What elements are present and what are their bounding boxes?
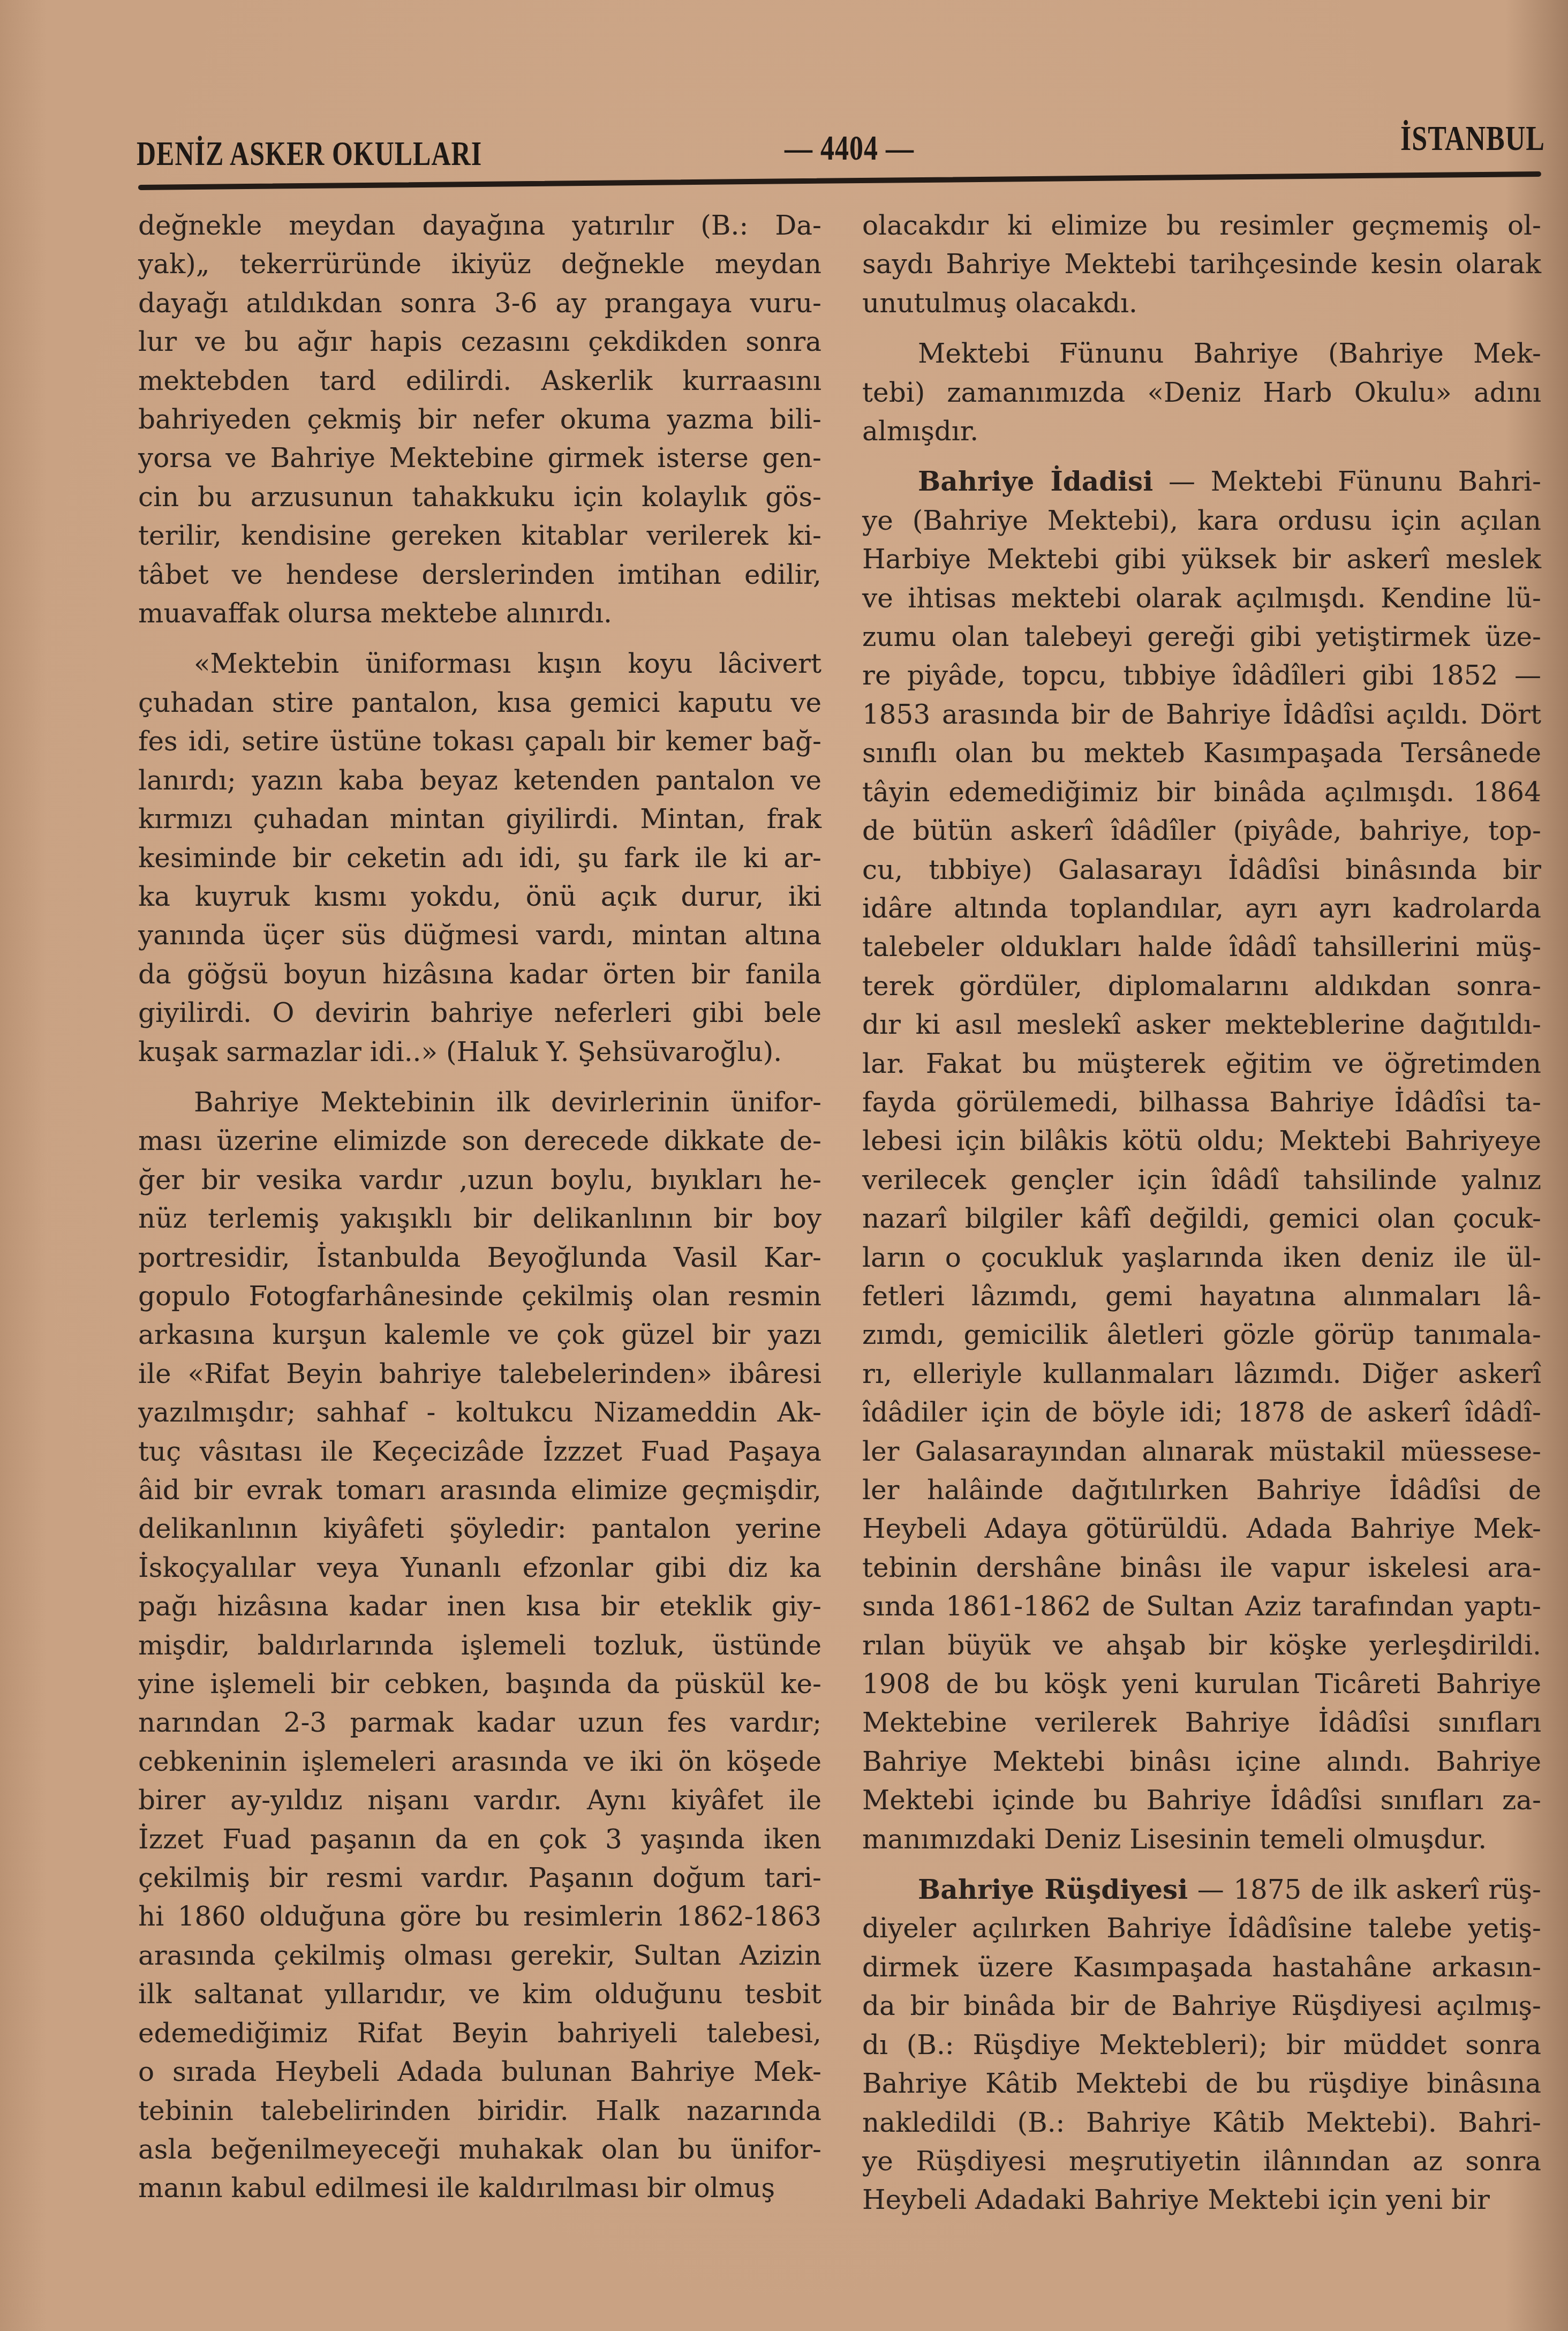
section-title: DENİZ ASKER OKULLARI xyxy=(137,134,482,174)
text-line: Bahriye Mektebi binâsı içine alındı. Bah… xyxy=(862,1742,1541,1781)
text-line: terek gördüler, diplomalarını aldıkdan s… xyxy=(862,967,1541,1005)
line-text: zumu olan talebeyi gereği gibi yetiştirm… xyxy=(862,621,1541,652)
line-text: 1908 de bu köşk yeni kurulan Ticâreti Ba… xyxy=(862,1668,1541,1700)
line-text: mişdir, baldırlarında işlemeli tozluk, ü… xyxy=(138,1630,821,1661)
line-text: idâre altında toplandılar, ayrı ayrı kad… xyxy=(862,893,1541,924)
line-text: ve ihtisas mektebi olarak açılmışdı. Ken… xyxy=(862,583,1541,614)
text-line: çekilmiş bir resmi vardır. Paşanın doğum… xyxy=(138,1859,821,1897)
text-line: Bahriye Rüşdiyesi — 1875 de ilk askerî r… xyxy=(862,1870,1541,1909)
line-text: yine işlemeli bir cebken, başında da püs… xyxy=(138,1668,821,1700)
text-line: ka kuyruk kısmı yokdu, önü açık durur, i… xyxy=(138,877,821,916)
text-line: Harbiye Mektebi gibi yüksek bir askerî m… xyxy=(862,540,1541,578)
text-line: gopulo Fotogfarhânesinde çekilmiş olan r… xyxy=(138,1277,821,1315)
line-text: olacakdır ki elimize bu resimler geçmemi… xyxy=(862,210,1541,241)
text-line: tâbet ve hendese derslerinden imtihan ed… xyxy=(138,555,821,594)
line-text: tâyin edemediğimiz bir binâda açılmışdı.… xyxy=(862,777,1541,808)
text-line: ması üzerine elimizde son derecede dikka… xyxy=(138,1122,821,1160)
text-line: edemediğimiz Rifat Beyin bahriyeli taleb… xyxy=(138,2014,821,2052)
line-text: nakledildi (B.: Bahriye Kâtib Mektebi). … xyxy=(862,2107,1541,2138)
text-line: lur ve bu ağır hapis cezasını çekdikden … xyxy=(138,322,821,361)
left-column: değnekle meydan dayağına yatırılır (B.: … xyxy=(138,206,821,2208)
text-line: yorsa ve Bahriye Mektebine girmek isters… xyxy=(138,439,821,477)
line-text: nüz terlemiş yakışıklı bir delikanlının … xyxy=(138,1203,821,1234)
line-text: yak)„ tekerrüründe ikiyüz değnekle meyda… xyxy=(138,249,821,280)
line-text: çekilmiş bir resmi vardır. Paşanın doğum… xyxy=(138,1862,821,1893)
line-text: rılan büyük ve ahşab bir köşke yerleşdir… xyxy=(862,1630,1541,1661)
paragraph-gap xyxy=(862,450,1541,462)
line-text: ye (Bahriye Mektebi), kara ordusu için a… xyxy=(862,505,1541,536)
line-text: saydı Bahriye Mektebi tarihçesinde kesin… xyxy=(862,249,1541,280)
text-line: tâyin edemediğimiz bir binâda açılmışdı.… xyxy=(862,773,1541,811)
text-line: yanında üçer süs düğmesi vardı, mintan a… xyxy=(138,916,821,954)
line-text: dayağı atıldıkdan sonra 3-6 ay prangaya … xyxy=(138,288,821,319)
text-line: diyeler açılırken Bahriye İdâdîsine tale… xyxy=(862,1909,1541,1947)
text-line: fayda görülemedi, bilhassa Bahriye İdâdî… xyxy=(862,1083,1541,1122)
text-line: re piyâde, topcu, tıbbiye îdâdîleri gibi… xyxy=(862,656,1541,695)
line-text: Bahriye Mektebi binâsı içine alındı. Bah… xyxy=(862,1746,1541,1777)
text-line: nazarî bilgiler kâfî değildi, gemici ola… xyxy=(862,1199,1541,1238)
text-line: mişdir, baldırlarında işlemeli tozluk, ü… xyxy=(138,1626,821,1665)
line-text: nazarî bilgiler kâfî değildi, gemici ola… xyxy=(862,1203,1541,1234)
line-text: «Mektebin üniforması kışın koyu lâcivert xyxy=(194,648,821,679)
paragraph: Bahriye Rüşdiyesi — 1875 de ilk askerî r… xyxy=(862,1859,1541,2220)
paragraph: Bahriye İdadisi — Mektebi Fünunu Bahri-y… xyxy=(862,450,1541,1859)
text-line: Heybeli Adadaki Bahriye Mektebi için yen… xyxy=(862,2180,1541,2219)
text-line: cu, tıbbiye) Galasarayı İdâdîsi binâsınd… xyxy=(862,851,1541,889)
line-text: yorsa ve Bahriye Mektebine girmek isters… xyxy=(138,442,821,473)
text-line: delikanlının kiyâfeti şöyledir: pantalon… xyxy=(138,1509,821,1548)
text-line: ve ihtisas mektebi olarak açılmışdı. Ken… xyxy=(862,579,1541,618)
text-line: da bir binâda bir de Bahriye Rüşdiyesi a… xyxy=(862,1987,1541,2025)
line-text: Bahriye Mektebinin ilk devirlerinin ünif… xyxy=(194,1087,821,1118)
line-text: Mektebine verilerek Bahriye İdâdîsi sını… xyxy=(862,1707,1541,1738)
line-text: da bir binâda bir de Bahriye Rüşdiyesi a… xyxy=(862,1990,1541,2021)
line-text: sında 1861-1862 de Sultan Aziz tarafında… xyxy=(862,1591,1541,1622)
line-text: Heybeli Adaya götürüldü. Adada Bahriye M… xyxy=(862,1513,1541,1544)
text-line: zumu olan talebeyi gereği gibi yetiştirm… xyxy=(862,618,1541,656)
text-line: o sırada Heybeli Adada bulunan Bahriye M… xyxy=(138,2052,821,2091)
line-text: dirmek üzere Kasımpaşada hastahâne arkas… xyxy=(862,1952,1541,1983)
line-text: îdâdiler için de böyle idi; 1878 de aske… xyxy=(862,1397,1541,1428)
line-text: rı, elleriyle kullanmaları lâzımdı. Diğe… xyxy=(862,1358,1541,1389)
text-line: lanırdı; yazın kaba beyaz ketenden panta… xyxy=(138,761,821,800)
line-text: Mektebi içinde bu Bahriye İdâdîsi sınıfl… xyxy=(862,1785,1541,1816)
paragraph-gap xyxy=(862,322,1541,334)
text-line: fetleri lâzımdı, gemi hayatına alınmalar… xyxy=(862,1277,1541,1315)
line-text: Mektebi Fünunu Bahriye (Bahriye Mek- xyxy=(918,338,1541,369)
text-line: yak)„ tekerrüründe ikiyüz değnekle meyda… xyxy=(138,245,821,283)
text-line: tebinin dershâne binâsı ile vapur iskele… xyxy=(862,1548,1541,1587)
line-text: talebeler oldukları halde îdâdî tahsille… xyxy=(862,931,1541,963)
line-text: ilk saltanat yıllarıdır, ve kim olduğunu… xyxy=(138,1979,821,2010)
line-text: kesiminde bir ceketin adı idi, şu fark i… xyxy=(138,843,821,874)
text-line: ye (Bahriye Mektebi), kara ordusu için a… xyxy=(862,501,1541,540)
line-text: ka kuyruk kısmı yokdu, önü açık durur, i… xyxy=(138,881,821,912)
text-line: lar. Fakat bu müşterek eğitim ve öğretim… xyxy=(862,1044,1541,1083)
line-text: verilecek gençler için îdâdî tahsilinde … xyxy=(862,1164,1541,1195)
text-line: çuhadan stire pantalon, kısa gemici kapu… xyxy=(138,683,821,722)
text-line: ilk saltanat yıllarıdır, ve kim olduğunu… xyxy=(138,1975,821,2013)
line-text: ların o çocukluk yaşlarında iken deniz i… xyxy=(862,1242,1541,1273)
line-text: tebi) zamanımızda «Deniz Harb Okulu» adı… xyxy=(862,377,1541,408)
line-text: dı (B.: Rüşdiye Mektebleri); bir müddet … xyxy=(862,2029,1541,2061)
paragraph: değnekle meydan dayağına yatırılır (B.: … xyxy=(138,206,821,633)
text-line: îdâdiler için de böyle idi; 1878 de aske… xyxy=(862,1393,1541,1432)
text-line: portresidir, İstanbulda Beyoğlunda Vasil… xyxy=(138,1238,821,1277)
line-text: cu, tıbbiye) Galasarayı İdâdîsi binâsınd… xyxy=(862,854,1541,885)
right-column: olacakdır ki elimize bu resimler geçmemi… xyxy=(862,206,1541,2220)
line-text: da göğsü boyun hizâsına kadar örten bir … xyxy=(138,959,821,990)
paragraph-gap xyxy=(138,1071,821,1083)
line-text: Harbiye Mektebi gibi yüksek bir askerî m… xyxy=(862,544,1541,575)
text-line: tuç vâsıtası ile Keçecizâde İzzzet Fuad … xyxy=(138,1432,821,1471)
line-text: dır ki asıl meslekî asker mekteblerine d… xyxy=(862,1009,1541,1040)
line-text: ler Galasarayından alınarak müstakil müe… xyxy=(862,1436,1541,1467)
line-text: tuç vâsıtası ile Keçecizâde İzzzet Fuad … xyxy=(138,1436,821,1467)
line-text: lar. Fakat bu müşterek eğitim ve öğretim… xyxy=(862,1048,1541,1079)
line-text: lebesi için bilâkis kötü oldu; Mektebi B… xyxy=(862,1125,1541,1156)
text-line: cebkeninin işlemeleri arasında ve iki ön… xyxy=(138,1742,821,1781)
text-line: rılan büyük ve ahşab bir köşke yerleşdir… xyxy=(862,1626,1541,1665)
text-line: bahriyeden çekmiş bir nefer okuma yazma … xyxy=(138,400,821,439)
text-line: lebesi için bilâkis kötü oldu; Mektebi B… xyxy=(862,1122,1541,1160)
text-line: ler Galasarayından alınarak müstakil müe… xyxy=(862,1432,1541,1471)
text-line: unutulmuş olacakdı. xyxy=(862,284,1541,322)
text-line: yine işlemeli bir cebken, başında da püs… xyxy=(138,1665,821,1703)
line-text: âid bir evrak tomarı arasında elimize ge… xyxy=(138,1475,821,1506)
text-line: da göğsü boyun hizâsına kadar örten bir … xyxy=(138,955,821,994)
line-text: arkasına kurşun kalemle ve çok güzel bir… xyxy=(138,1319,821,1350)
text-line: idâre altında toplandılar, ayrı ayrı kad… xyxy=(862,889,1541,928)
text-line: birer ay-yıldız nişanı vardır. Aynı kiyâ… xyxy=(138,1781,821,1819)
line-text: gopulo Fotogfarhânesinde çekilmiş olan r… xyxy=(138,1281,821,1312)
text-line: kırmızı çuhadan mintan giyilirdi. Mintan… xyxy=(138,800,821,838)
line-text: bahriyeden çekmiş bir nefer okuma yazma … xyxy=(138,404,821,435)
text-line: hi 1860 olduğuna göre bu resimlerin 1862… xyxy=(138,1897,821,1936)
page-number: — 4404 — xyxy=(785,129,914,169)
text-line: ler halâinde dağıtılırken Bahriye İdâdîs… xyxy=(862,1471,1541,1509)
text-line: de bütün askerî îdâdîler (piyâde, bahriy… xyxy=(862,811,1541,850)
line-text: fetleri lâzımdı, gemi hayatına alınmalar… xyxy=(862,1281,1541,1312)
line-text: kuşak sarmazlar idi..» (Haluk Y. Şehsüva… xyxy=(138,1036,782,1067)
text-line: ile «Rifat Beyin bahriye talebelerinden»… xyxy=(138,1355,821,1393)
line-text: tebinin talebelirinden biridir. Halk naz… xyxy=(138,2095,821,2126)
paragraph: olacakdır ki elimize bu resimler geçmemi… xyxy=(862,206,1541,322)
line-text: arasında çekilmiş olması gerekir, Sultan… xyxy=(138,1940,821,1971)
text-line: verilecek gençler için îdâdî tahsilinde … xyxy=(862,1161,1541,1199)
line-text: tâbet ve hendese derslerinden imtihan ed… xyxy=(138,559,821,590)
line-text: ler halâinde dağıtılırken Bahriye İdâdîs… xyxy=(862,1475,1541,1506)
text-line: ğer bir vesika vardır ,uzun boylu, bıyık… xyxy=(138,1161,821,1199)
text-line: rı, elleriyle kullanmaları lâzımdı. Diğe… xyxy=(862,1355,1541,1393)
text-line: asla beğenilmeyeceği muhakak olan bu üni… xyxy=(138,2130,821,2169)
line-text: mektebden tard edilirdi. Askerlik kurraa… xyxy=(138,365,821,396)
line-text: lur ve bu ağır hapis cezasını çekdikden … xyxy=(138,326,821,357)
line-text: cebkeninin işlemeleri arasında ve iki ön… xyxy=(138,1746,821,1777)
text-line: 1853 arasında bir de Bahriye İdâdîsi açı… xyxy=(862,695,1541,734)
text-line: sında 1861-1862 de Sultan Aziz tarafında… xyxy=(862,1587,1541,1626)
line-text: kırmızı çuhadan mintan giyilirdi. Mintan… xyxy=(138,803,821,834)
line-text: diyeler açılırken Bahriye İdâdîsine tale… xyxy=(862,1913,1541,1944)
line-text: unutulmuş olacakdı. xyxy=(862,288,1137,319)
text-line: tebi) zamanımızda «Deniz Harb Okulu» adı… xyxy=(862,373,1541,412)
text-line: dirmek üzere Kasımpaşada hastahâne arkas… xyxy=(862,1948,1541,1987)
line-text: almışdır. xyxy=(862,416,978,447)
section-heading: Bahriye Rüşdiyesi xyxy=(918,1874,1188,1905)
line-text: manın kabul edilmesi ile kaldırılması bi… xyxy=(138,2172,775,2204)
text-line: pağı hizâsına kadar inen kısa bir etekli… xyxy=(138,1587,821,1626)
line-text: Heybeli Adadaki Bahriye Mektebi için yen… xyxy=(862,2184,1490,2215)
line-text: muavaffak olursa mektebe alınırdı. xyxy=(138,598,612,629)
text-line: Mektebine verilerek Bahriye İdâdîsi sını… xyxy=(862,1703,1541,1742)
text-line: giyilirdi. O devirin bahriye neferleri g… xyxy=(138,994,821,1032)
text-line: talebeler oldukları halde îdâdî tahsille… xyxy=(862,928,1541,966)
line-text: ye Rüşdiyesi meşrutiyetin ilânından az s… xyxy=(862,2146,1541,2177)
text-line: İskoçyalılar veya Yunanlı efzonlar gibi … xyxy=(138,1548,821,1587)
line-text: İzzet Fuad paşanın da en çok 3 yaşında i… xyxy=(138,1824,821,1855)
line-text: terek gördüler, diplomalarını aldıkdan s… xyxy=(862,971,1541,1002)
text-line: Bahriye Kâtib Mektebi de bu rüşdiye binâ… xyxy=(862,2064,1541,2103)
text-line: ye Rüşdiyesi meşrutiyetin ilânından az s… xyxy=(862,2142,1541,2180)
text-line: manımızdaki Deniz Lisesinin temeli olmuş… xyxy=(862,1820,1541,1859)
text-line: dayağı atıldıkdan sonra 3-6 ay prangaya … xyxy=(138,284,821,322)
text-line: İzzet Fuad paşanın da en çok 3 yaşında i… xyxy=(138,1820,821,1859)
line-text: sınıflı olan bu mekteb Kasımpaşada Tersâ… xyxy=(862,738,1541,769)
line-text: birer ay-yıldız nişanı vardır. Aynı kiyâ… xyxy=(138,1785,821,1816)
text-line: «Mektebin üniforması kışın koyu lâcivert xyxy=(138,644,821,683)
text-line: Mektebi Fünunu Bahriye (Bahriye Mek- xyxy=(862,334,1541,373)
text-line: ların o çocukluk yaşlarında iken deniz i… xyxy=(862,1238,1541,1277)
text-line: arkasına kurşun kalemle ve çok güzel bir… xyxy=(138,1315,821,1354)
line-text: pağı hizâsına kadar inen kısa bir etekli… xyxy=(138,1591,821,1622)
text-line: nakledildi (B.: Bahriye Kâtib Mektebi). … xyxy=(862,2103,1541,2142)
line-text: yanında üçer süs düğmesi vardı, mintan a… xyxy=(138,920,821,951)
text-line: Bahriye Mektebinin ilk devirlerinin ünif… xyxy=(138,1083,821,1122)
line-text: değnekle meydan dayağına yatırılır (B.: … xyxy=(138,210,821,241)
line-text: İskoçyalılar veya Yunanlı efzonlar gibi … xyxy=(138,1552,821,1583)
text-line: manın kabul edilmesi ile kaldırılması bi… xyxy=(138,2169,821,2207)
line-text: delikanlının kiyâfeti şöyledir: pantalon… xyxy=(138,1513,821,1544)
volume-title: İSTANBUL xyxy=(1400,119,1545,159)
text-line: değnekle meydan dayağına yatırılır (B.: … xyxy=(138,206,821,245)
text-line: sınıflı olan bu mekteb Kasımpaşada Tersâ… xyxy=(862,734,1541,772)
line-text: manımızdaki Deniz Lisesinin temeli olmuş… xyxy=(862,1824,1487,1855)
line-text: cin bu arzusunun tahakkuku için kolaylık… xyxy=(138,482,821,513)
line-text: Bahriye Kâtib Mektebi de bu rüşdiye binâ… xyxy=(862,2068,1541,2099)
text-line: zımdı, gemicilik âletleri gözle görüp ta… xyxy=(862,1315,1541,1354)
line-text: asla beğenilmeyeceği muhakak olan bu üni… xyxy=(138,2134,821,2165)
text-line: kuşak sarmazlar idi..» (Haluk Y. Şehsüva… xyxy=(138,1033,821,1071)
line-text: — 1875 de ilk askerî rüş- xyxy=(1188,1874,1541,1905)
text-line: Bahriye İdadisi — Mektebi Fünunu Bahri- xyxy=(862,462,1541,501)
line-text: fayda görülemedi, bilhassa Bahriye İdâdî… xyxy=(862,1087,1541,1118)
text-line: tebinin talebelirinden biridir. Halk naz… xyxy=(138,2092,821,2130)
line-text: ması üzerine elimizde son derecede dikka… xyxy=(138,1125,821,1156)
paragraph: Bahriye Mektebinin ilk devirlerinin ünif… xyxy=(138,1071,821,2208)
text-line: almışdır. xyxy=(862,412,1541,450)
paragraph: «Mektebin üniforması kışın koyu lâcivert… xyxy=(138,633,821,1071)
line-text: fes idi, setire üstüne tokası çapalı bir… xyxy=(138,726,821,757)
text-line: Heybeli Adaya götürüldü. Adada Bahriye M… xyxy=(862,1509,1541,1548)
line-text: giyilirdi. O devirin bahriye neferleri g… xyxy=(138,997,821,1028)
paragraph: Mektebi Fünunu Bahriye (Bahriye Mek-tebi… xyxy=(862,322,1541,450)
line-text: — Mektebi Fünunu Bahri- xyxy=(1153,466,1541,497)
line-text: 1853 arasında bir de Bahriye İdâdîsi açı… xyxy=(862,699,1541,730)
paragraph-gap xyxy=(138,633,821,644)
line-text: terilir, kendisine gereken kitablar veri… xyxy=(138,520,821,551)
line-text: zımdı, gemicilik âletleri gözle görüp ta… xyxy=(862,1319,1541,1350)
text-line: yazılmışdır; sahhaf - koltukcu Nizameddi… xyxy=(138,1393,821,1432)
text-line: kesiminde bir ceketin adı idi, şu fark i… xyxy=(138,839,821,877)
section-heading: Bahriye İdadisi xyxy=(918,465,1153,497)
line-text: tebinin dershâne binâsı ile vapur iskele… xyxy=(862,1552,1541,1583)
line-text: de bütün askerî îdâdîler (piyâde, bahriy… xyxy=(862,815,1541,846)
text-line: arasında çekilmiş olması gerekir, Sultan… xyxy=(138,1936,821,1975)
line-text: yazılmışdır; sahhaf - koltukcu Nizameddi… xyxy=(138,1397,821,1428)
line-text: edemediğimiz Rifat Beyin bahriyeli taleb… xyxy=(138,2018,821,2049)
line-text: lanırdı; yazın kaba beyaz ketenden panta… xyxy=(138,765,821,796)
line-text: re piyâde, topcu, tıbbiye îdâdîleri gibi… xyxy=(862,660,1541,691)
line-text: narından 2-3 parmak kadar uzun fes vardı… xyxy=(138,1707,821,1738)
text-line: terilir, kendisine gereken kitablar veri… xyxy=(138,516,821,555)
text-line: dı (B.: Rüşdiye Mektebleri); bir müddet … xyxy=(862,2026,1541,2064)
text-line: saydı Bahriye Mektebi tarihçesinde kesin… xyxy=(862,245,1541,283)
text-line: cin bu arzusunun tahakkuku için kolaylık… xyxy=(138,478,821,516)
line-text: ile «Rifat Beyin bahriye talebelerinden»… xyxy=(138,1358,821,1389)
text-line: 1908 de bu köşk yeni kurulan Ticâreti Ba… xyxy=(862,1665,1541,1703)
line-text: çuhadan stire pantalon, kısa gemici kapu… xyxy=(138,687,821,718)
text-line: muavaffak olursa mektebe alınırdı. xyxy=(138,594,821,633)
paragraph-gap xyxy=(862,1859,1541,1870)
text-line: olacakdır ki elimize bu resimler geçmemi… xyxy=(862,206,1541,245)
line-text: o sırada Heybeli Adada bulunan Bahriye M… xyxy=(138,2056,821,2087)
text-line: mektebden tard edilirdi. Askerlik kurraa… xyxy=(138,362,821,400)
text-line: narından 2-3 parmak kadar uzun fes vardı… xyxy=(138,1703,821,1742)
text-line: Mektebi içinde bu Bahriye İdâdîsi sınıfl… xyxy=(862,1781,1541,1819)
line-text: hi 1860 olduğuna göre bu resimlerin 1862… xyxy=(138,1901,821,1932)
text-line: nüz terlemiş yakışıklı bir delikanlının … xyxy=(138,1199,821,1238)
text-line: fes idi, setire üstüne tokası çapalı bir… xyxy=(138,722,821,761)
line-text: ğer bir vesika vardır ,uzun boylu, bıyık… xyxy=(138,1164,821,1195)
text-line: dır ki asıl meslekî asker mekteblerine d… xyxy=(862,1005,1541,1044)
text-line: âid bir evrak tomarı arasında elimize ge… xyxy=(138,1471,821,1509)
running-header: DENİZ ASKER OKULLARI — 4404 — İSTANBUL xyxy=(137,129,1545,177)
line-text: portresidir, İstanbulda Beyoğlunda Vasil… xyxy=(138,1242,821,1273)
scanned-page: DENİZ ASKER OKULLARI — 4404 — İSTANBUL d… xyxy=(0,0,1568,2331)
